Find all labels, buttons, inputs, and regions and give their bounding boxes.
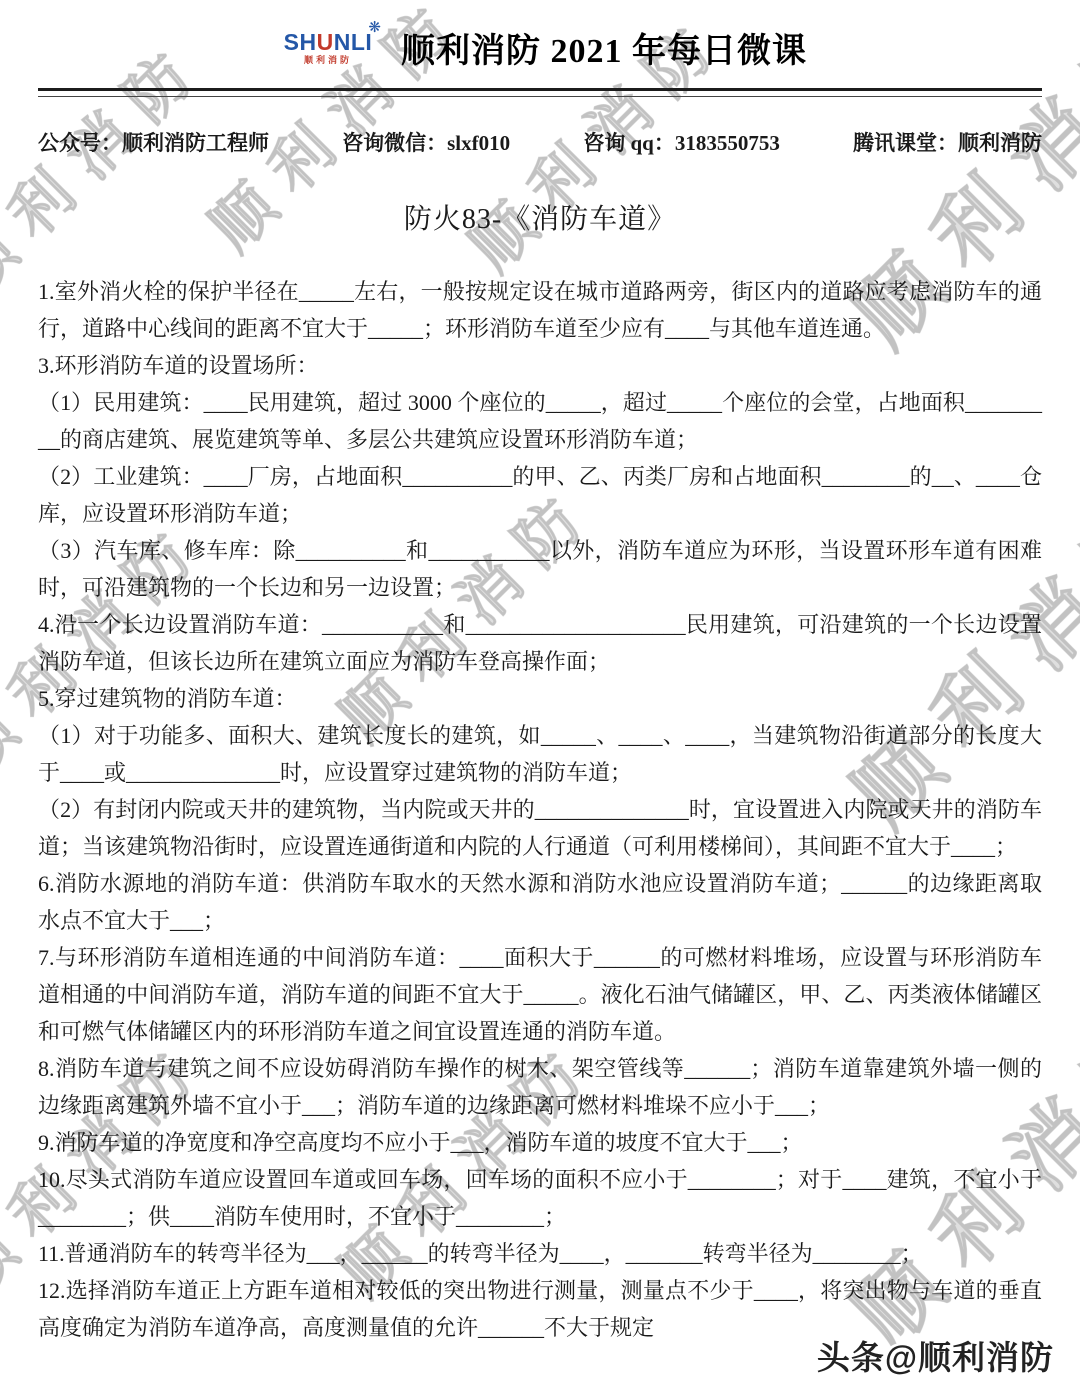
- paragraph-7: 7.与环形消防车道相连通的中间消防车道：____面积大于______的可燃材料堆…: [38, 939, 1042, 1050]
- paragraph-4: 4.沿一个长边设置消防车道：___________和______________…: [38, 606, 1042, 680]
- paragraph-9: 9.消防车道的净宽度和净空高度均不应小于___，消防车道的坡度不宜大于___；: [38, 1124, 1042, 1161]
- info-public-account: 公众号：顺利消防工程师: [38, 127, 269, 157]
- lesson-body: 1.室外消火栓的保护半径在_____左右，一般按规定设在城市道路两旁，街区内的道…: [38, 273, 1042, 1346]
- paragraph-5-2: （2）有封闭内院或天井的建筑物，当内院或天井的______________时，宜…: [38, 791, 1042, 865]
- lesson-title: 防火83-《消防车道》: [0, 197, 1080, 237]
- logo-burst-icon: ❋: [368, 21, 381, 36]
- paragraph-10: 10.尽头式消防车道应设置回车道或回车场，回车场的面积不应小于________；…: [38, 1161, 1042, 1235]
- paragraph-3-1: （1）民用建筑：____民用建筑，超过 3000 个座位的_____，超过___…: [38, 384, 1042, 458]
- paragraph-5-1: （1）对于功能多、面积大、建筑长度长的建筑，如_____、____、____，当…: [38, 717, 1042, 791]
- paragraph-8: 8.消防车道与建筑之间不应设妨碍消防车操作的树木、架空管线等______；消防车…: [38, 1050, 1042, 1124]
- shunli-logo: ❋ SHUNLI 顺利消防: [273, 31, 383, 65]
- paragraph-3-3: （3）汽车库、修车库：除__________和___________以外，消防车…: [38, 532, 1042, 606]
- paragraph-3: 3.环形消防车道的设置场所：: [38, 347, 1042, 384]
- paragraph-5: 5.穿过建筑物的消防车道：: [38, 680, 1042, 717]
- paragraph-1: 1.室外消火栓的保护半径在_____左右，一般按规定设在城市道路两旁，街区内的道…: [38, 273, 1042, 347]
- info-tencent-class: 腾讯课堂：顺利消防: [853, 127, 1042, 157]
- document-page: 顺利消防 顺利消防 顺利消防 顺利消防 顺利消防 顺利消防 顺利消防 顺利消防 …: [0, 0, 1080, 1395]
- course-header-title: 顺利消防 2021 年每日微课: [401, 23, 807, 72]
- paragraph-11: 11.普通消防车的转弯半径为___，______的转弯半径为____，_____…: [38, 1235, 1042, 1272]
- info-qq: 咨询 qq：3183550753: [583, 127, 780, 157]
- logo-letters-nli: NLI: [334, 29, 373, 55]
- logo-letter-u: U: [317, 29, 334, 55]
- paragraph-3-2: （2）工业建筑：____厂房，占地面积__________的甲、乙、丙类厂房和占…: [38, 458, 1042, 532]
- logo-letters-sh: SH: [284, 29, 317, 55]
- header: ❋ SHUNLI 顺利消防 顺利消防 2021 年每日微课: [0, 0, 1080, 80]
- header-divider: [38, 88, 1042, 97]
- logo-subtext: 顺利消防: [273, 56, 383, 65]
- paragraph-6: 6.消防水源地的消防车道：供消防车取水的天然水源和消防水池应设置消防车道；___…: [38, 865, 1042, 939]
- info-wechat: 咨询微信：slxf010: [342, 127, 510, 157]
- toutiao-watermark-stamp: 头条@顺利消防: [817, 1332, 1054, 1379]
- logo-wordmark: SHUNLI: [273, 31, 383, 54]
- contact-info-bar: 公众号：顺利消防工程师 咨询微信：slxf010 咨询 qq：318355075…: [38, 127, 1042, 157]
